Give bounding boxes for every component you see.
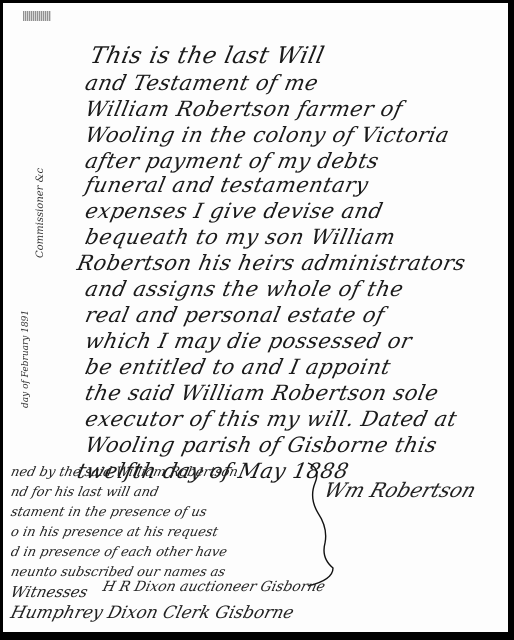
attestation-line: d in presence of each other have [9, 545, 228, 560]
will-line: This is the last Will [88, 43, 327, 69]
will-line: Robertson his heirs administrators [75, 251, 468, 275]
will-line: expenses I give devise and [83, 199, 385, 223]
will-line: be entitled to and I appoint [83, 355, 393, 379]
witness-2-signature: Humphrey Dixon Clerk Gisborne [9, 603, 296, 623]
will-page: This is the last Will and Testament of m… [3, 3, 508, 632]
will-line: real and personal estate of [83, 303, 387, 327]
will-line: Wooling parish of Gisborne this [83, 433, 439, 457]
will-line: Wooling in the colony of Victoria [83, 123, 452, 147]
will-line: executor of this my will. Dated at [83, 407, 459, 431]
attestation-line: neunto subscribed our names as [9, 565, 226, 580]
witness-1-signature: H R Dixon auctioneer Gisborne [101, 579, 327, 595]
will-line: and Testament of me [83, 71, 321, 95]
will-line: the said William Robertson sole [83, 381, 441, 405]
attestation-line: stament in the presence of us [9, 505, 208, 520]
attestation-line: o in his presence at his request [9, 525, 219, 540]
attestation-line: nd for his last will and [9, 485, 159, 500]
will-line: after payment of my debts [83, 149, 381, 173]
testator-signature: Wm Robertson [321, 478, 479, 502]
will-line: and assigns the whole of the [83, 277, 406, 301]
will-line: funeral and testamentary [83, 173, 371, 197]
will-line: William Robertson farmer of [83, 97, 405, 121]
attestation-line: ned by the said William Robertson [9, 465, 239, 480]
archive-stamp [23, 11, 51, 21]
margin-date-annotation: day of February 1891 [21, 310, 31, 408]
will-line: which I may die possessed or [83, 329, 414, 353]
witnesses-label: Witnesses [9, 583, 90, 601]
margin-commissioner-annotation: Commissioner &c [35, 168, 46, 258]
will-line: bequeath to my son William [83, 225, 398, 249]
